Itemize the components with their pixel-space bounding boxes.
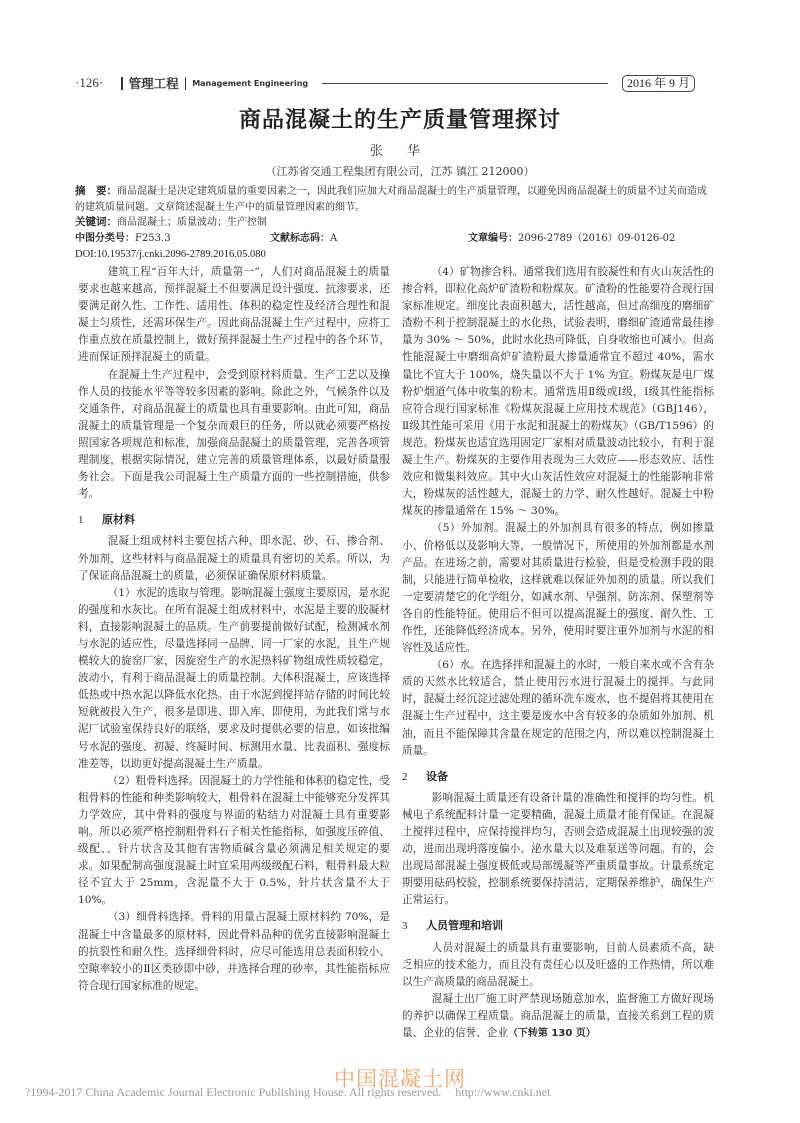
paragraph: 人员对混凝土的质量具有重要影响，目前人员素质不高，缺乏相应的技术能力，而且没有责… [402,940,714,991]
paragraph: （2）粗骨料选择。因混凝土的力学性能和体积的稳定性，受粗骨料的性能和种类影响较大… [78,773,390,910]
paragraph: （6）水。在选择拌和混凝土的水时，一般自来水或不含有杂质的天然水比较适合，禁止使… [402,657,714,760]
copyright-text: ?1994-2017 China Academic Journal Electr… [25,1085,441,1099]
section-heading-1: 1原材料 [78,511,390,529]
divider [185,77,187,90]
footer-url[interactable]: http://www.cnki.net [455,1085,550,1099]
doi: DOI:10.19537/j.cnki.2096-2789.2016.05.08… [75,249,266,260]
right-column: （4）矿物掺合料。通常我们选用有胶凝性和有火山灰活性的掺合料，即粒化高炉矿渣粉和… [402,264,714,1042]
affiliation: （江苏省交通工程集团有限公司，江苏 镇江 212000） [0,163,800,179]
paragraph: （1）水泥的选取与管理。影响混凝土强度主要原因，是水泥的强度和水灰比。在所有混凝… [78,585,390,773]
paragraph: （4）矿物掺合料。通常我们选用有胶凝性和有火山灰活性的掺合料，即粒化高炉矿渣粉和… [402,264,714,520]
paragraph: （3）细骨料选择。骨料的用量占混凝土原材料约 70%，是混凝土中含量最多的原材料… [78,909,390,994]
divider [121,77,123,90]
paragraph: （5）外加剂。混凝土的外加剂具有很多的特点，例如掺量小、价格低以及影响大等，一般… [402,520,714,657]
issue-date: 2016 年 9 月 [622,75,695,92]
abstract-text: 商品混凝土是决定建筑质量的重要因素之一，因此我们应加大对商品混凝土的生产质量管理… [75,186,707,213]
copyright-footer: ?1994-2017 China Academic Journal Electr… [25,1085,550,1100]
paragraph: 混凝土出厂施工时严禁现场随意加水，监督施工方做好现场的养护以确保工程质量。商品混… [402,991,714,1042]
paragraph: 在混凝土生产过程中，会受到原材料质量、生产工艺以及操作人员的技能水平等等较多因素… [78,367,390,504]
paragraph: 建筑工程“百年大计，质量第一”，人们对商品混凝土的质量要求也越来越高，预拌混凝土… [78,264,390,367]
left-column: 建筑工程“百年大计，质量第一”，人们对商品混凝土的质量要求也越来越高，预拌混凝土… [78,264,390,995]
article-title: 商品混凝土的生产质量管理探讨 [0,103,800,134]
keywords-text: 商品混凝土；质量波动；生产控制 [117,217,267,228]
keywords: 关键词：商品混凝土；质量波动；生产控制 [75,214,715,231]
page-number: ·126· [75,75,103,91]
paragraph: 影响混凝土质量还有设备计量的准确性和搅拌的均匀性。机械电子系统配料计量一定要精确… [402,790,714,910]
article-number: 文章编号：2096-2789（2016）09-0126-02 [468,231,675,247]
header-rule [322,83,608,84]
paragraph: 混凝土组成材料主要包括六种，即水泥、砂、石、掺合剂、外加剂，这些材料与商品混凝土… [78,533,390,584]
running-header: ·126· 管理工程 Management Engineering 2016 年… [75,72,695,94]
abstract-label: 摘 要： [75,185,117,197]
author: 张 华 [0,140,800,159]
document-code: 文献标志码：A [270,231,337,247]
keywords-label: 关键词： [75,216,117,228]
abstract: 摘 要：商品混凝土是决定建筑质量的重要因素之一，因此我们应加大对商品混凝土的生产… [75,183,715,216]
section-heading-2: 2设备 [402,768,714,786]
clc-number: 中图分类号：F253.3 [75,231,171,247]
journal-section-en: Management Engineering [192,79,308,88]
section-heading-3: 3人员管理和培训 [402,917,714,935]
continued-note: （下转第 130 页） [508,1028,596,1039]
journal-section-cn: 管理工程 [129,74,179,92]
